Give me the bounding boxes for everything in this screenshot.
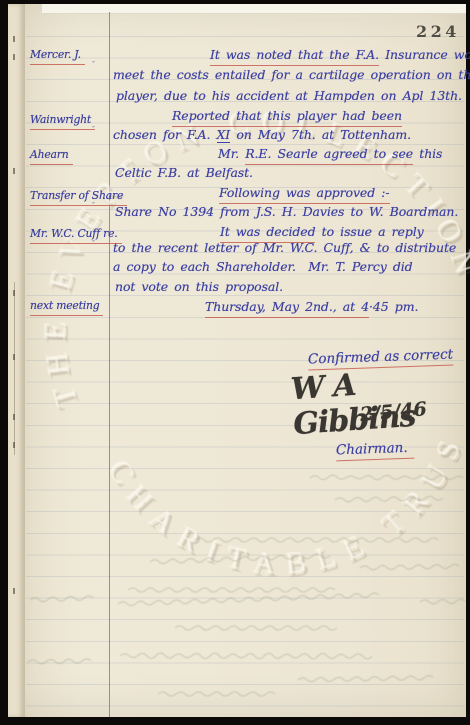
binding-strip — [8, 4, 25, 717]
minute-book-scan: THE EVERTON COLLECTION CHARITABLE TRUST … — [0, 0, 470, 725]
binding-thread — [14, 282, 15, 455]
chairman-signature: W A Gibbins — [290, 360, 470, 442]
margin-rule-line — [109, 12, 110, 717]
binding-stitch — [13, 168, 15, 174]
page-top-edge — [42, 4, 466, 14]
binding-stitch — [13, 588, 15, 594]
binding-stitch — [13, 36, 15, 42]
page-number: 224 — [416, 22, 460, 41]
binding-stitch — [13, 54, 15, 60]
chairman-label: Chairman. — [336, 440, 414, 462]
